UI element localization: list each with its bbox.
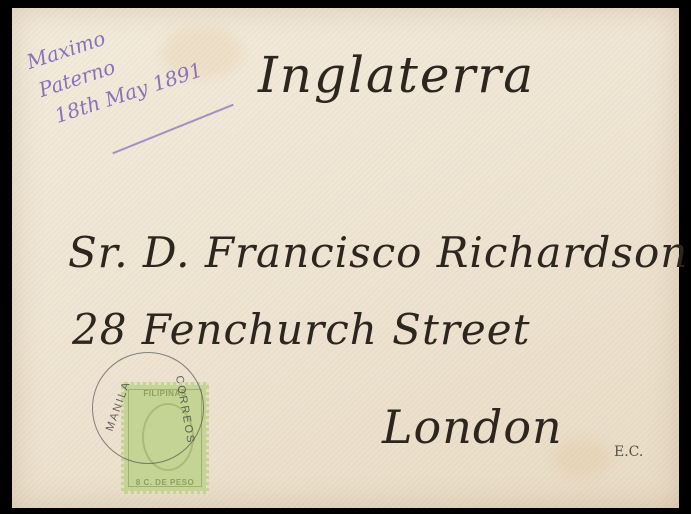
street-address: 28 Fenchurch Street	[72, 305, 530, 354]
destination-country: Inglaterra	[258, 46, 535, 104]
recipient-name: Sr. D. Francisco Richardson	[68, 228, 688, 277]
postal-district: E.C.	[614, 444, 643, 460]
city: London	[382, 400, 563, 454]
stamp-value: 8 C. DE PESO	[124, 478, 206, 487]
